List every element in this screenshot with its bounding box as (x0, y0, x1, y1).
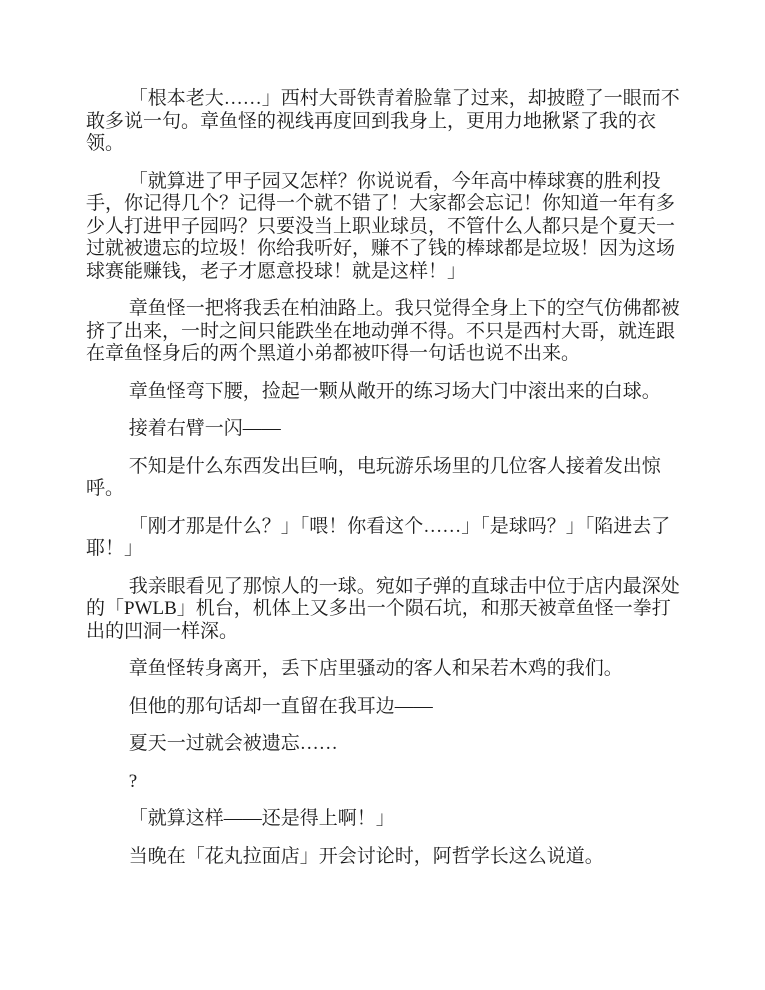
paragraph: 但他的那句话却一直留在我耳边—— (86, 696, 683, 719)
paragraph: 夏天一过就会被遗忘…… (86, 733, 683, 756)
paragraph: 不知是什么东西发出巨响，电玩游乐场里的几位客人接着发出惊呼。 (86, 456, 683, 501)
paragraph: 「就算进了甲子园又怎样？你说说看，今年高中棒球赛的胜利投手，你记得几个？记得一个… (86, 171, 683, 284)
document-page: 「根本老大……」西村大哥铁青着脸靠了过来，却披瞪了一眼而不敢多说一句。章鱼怪的视… (0, 0, 765, 990)
paragraph: 「刚才那是什么？」「喂！你看这个……」「是球吗？」「陷进去了耶！」 (86, 516, 683, 561)
paragraph: 接着右臂一闪—— (86, 418, 683, 441)
paragraph: 章鱼怪弯下腰，捡起一颗从敞开的练习场大门中滚出来的白球。 (86, 381, 683, 404)
paragraph: 「根本老大……」西村大哥铁青着脸靠了过来，却披瞪了一眼而不敢多说一句。章鱼怪的视… (86, 88, 683, 156)
paragraph: 我亲眼看见了那惊人的一球。宛如子弹的直球击中位于店内最深处的「PWLB」机台，机… (86, 576, 683, 644)
paragraph: 「就算这样——还是得上啊！」 (86, 808, 683, 831)
paragraph: 章鱼怪一把将我丢在柏油路上。我只觉得全身上下的空气仿佛都被挤了出来，一时之间只能… (86, 298, 683, 366)
paragraph: 章鱼怪转身离开，丢下店里骚动的客人和呆若木鸡的我们。 (86, 658, 683, 681)
paragraph: 当晚在「花丸拉面店」开会讨论时，阿哲学长这么说道。 (86, 846, 683, 869)
paragraph: ? (86, 771, 683, 794)
